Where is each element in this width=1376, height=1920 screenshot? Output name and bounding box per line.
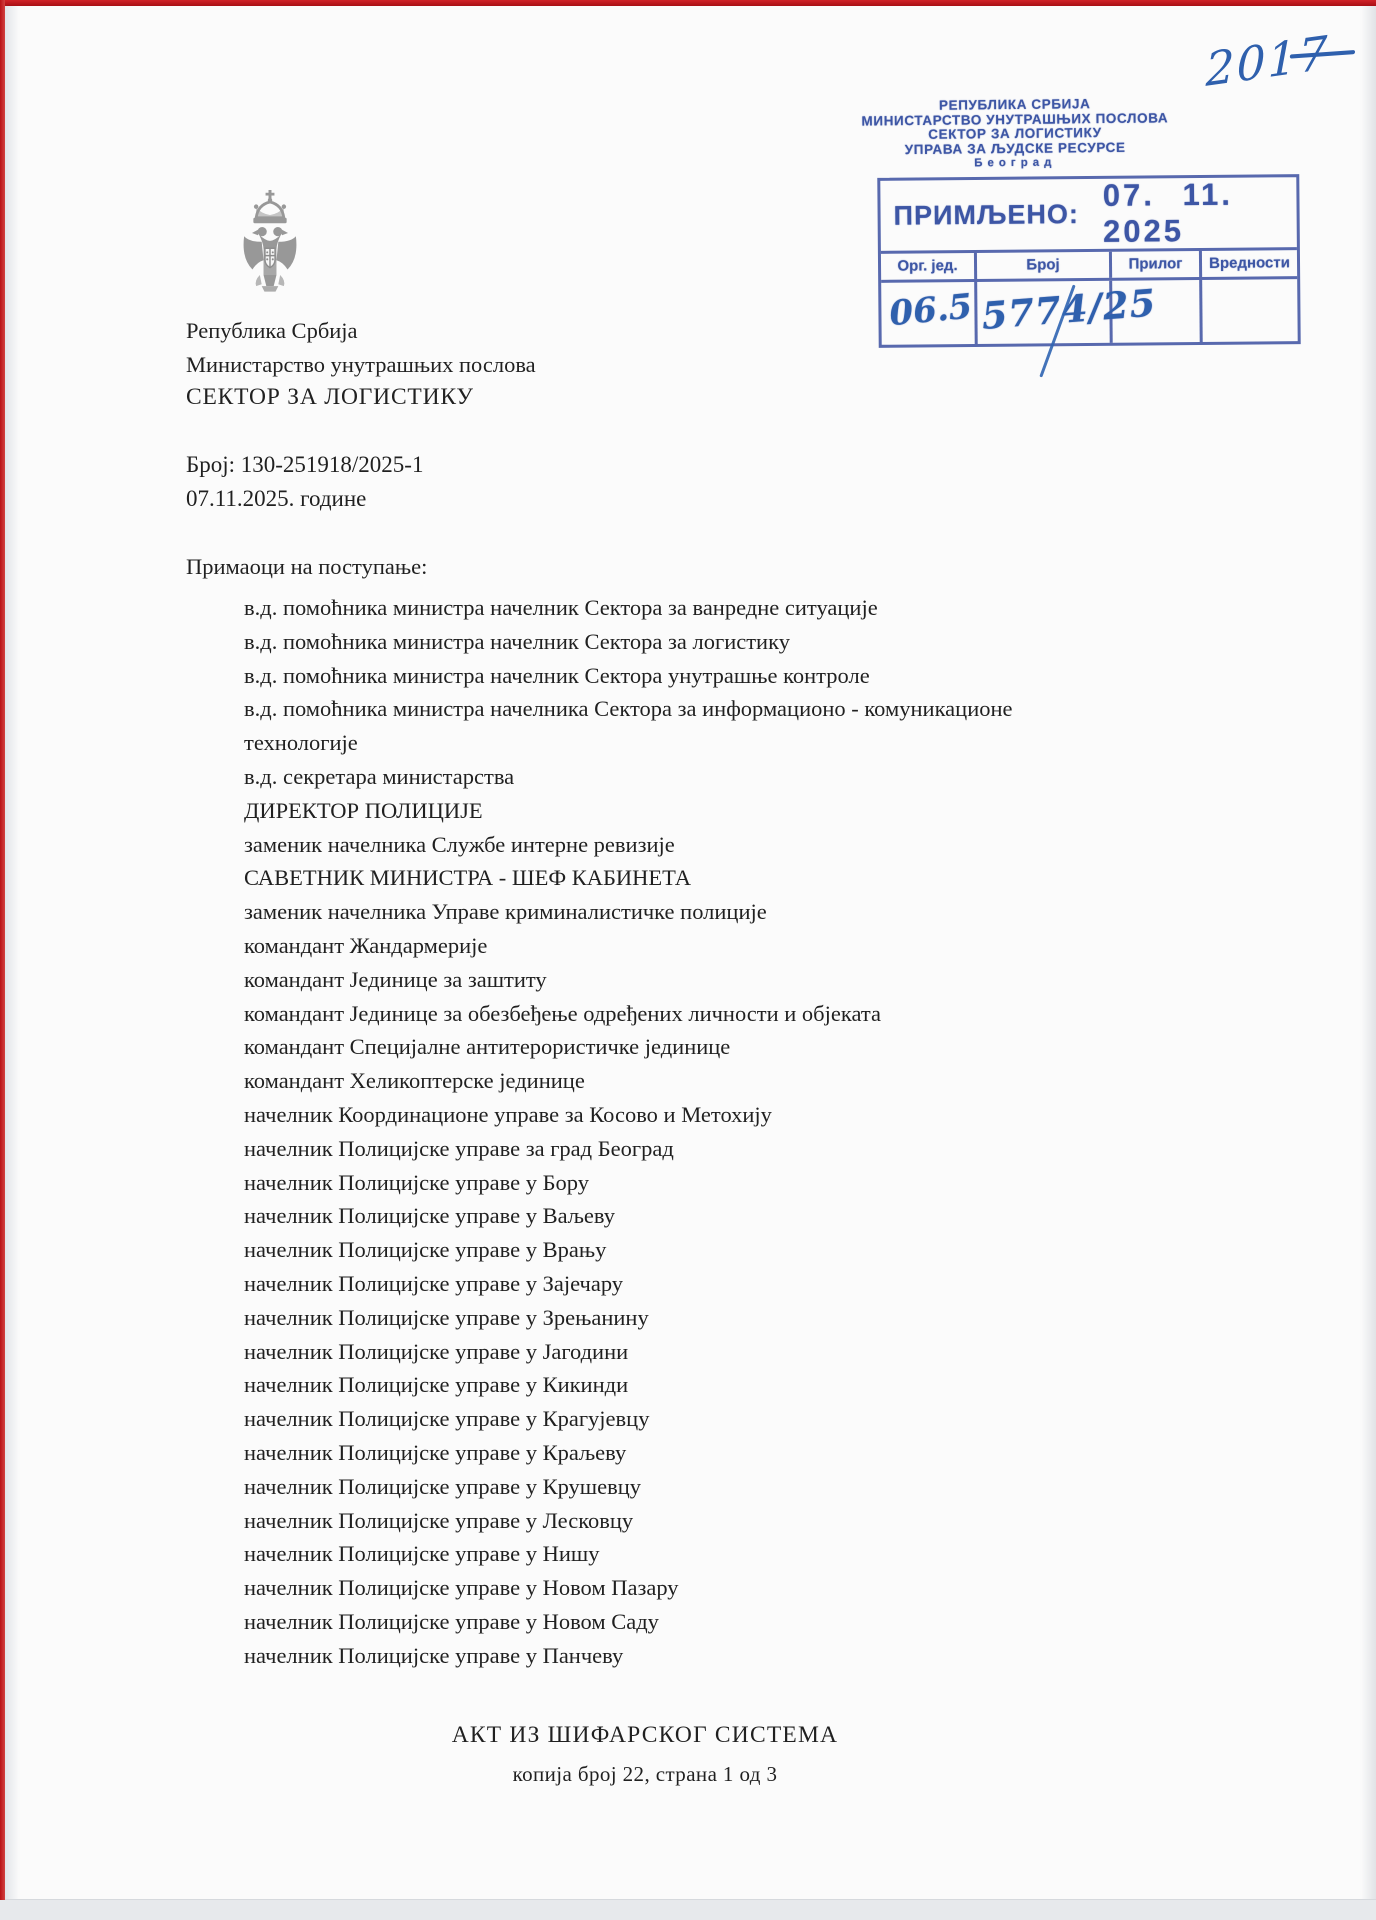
- scan-border-top: [0, 0, 1376, 6]
- document-footer: АКТ ИЗ ШИФАРСКОГ СИСТЕМА копија број 22,…: [245, 1722, 1045, 1787]
- recipient-line: ДИРЕКТОР ПОЛИЦИЈЕ: [244, 794, 1044, 828]
- recipient-line: начелник Полицијске управе у Панчеву: [244, 1639, 1044, 1673]
- letterhead-ministry: Министарство унутрашњих послова: [186, 352, 536, 378]
- recipient-line: начелник Полицијске управе у Кикинди: [244, 1368, 1044, 1402]
- received-label: ПРИМЉЕНО:: [893, 199, 1079, 232]
- recipient-line: начелник Полицијске управе у Новом Пазар…: [244, 1571, 1044, 1605]
- recipient-line: начелник Полицијске управе у Бору: [244, 1166, 1044, 1200]
- recipient-line: командант Хеликоптерске јединице: [244, 1064, 1044, 1098]
- scan-edge-bottom: [0, 1899, 1376, 1920]
- stamp-cell-attachment: [1112, 280, 1203, 343]
- scanned-document-page: 2017 РЕПУБЛИКА СРБИЈА МИНИСТАРСТВО УНУТР…: [0, 0, 1376, 1920]
- receipt-stamp-date-row: ПРИМЉЕНО: 07. 11. 2025: [880, 177, 1297, 254]
- scan-border-left: [0, 0, 5, 1900]
- serbia-coat-of-arms-icon: [228, 190, 312, 312]
- footer-act-line: АКТ ИЗ ШИФАРСКОГ СИСТЕМА: [245, 1722, 1045, 1749]
- stamp-cell-number: 5774/25: [977, 281, 1113, 344]
- recipient-line: начелник Полицијске управе у Краљеву: [244, 1436, 1044, 1470]
- recipient-line: в.д. помоћника министра начелника Сектор…: [244, 692, 1044, 760]
- letterhead-country: Република Србија: [186, 318, 358, 344]
- recipient-line: командант Јединице за заштиту: [244, 963, 1044, 997]
- scanned-letter-screenshot: { "annotations": { "handwritten_year": "…: [0, 0, 1376, 1920]
- recipient-line: начелник Полицијске управе у Ваљеву: [244, 1199, 1044, 1233]
- receipt-stamp-box: ПРИМЉЕНО: 07. 11. 2025 Орг. јед. Број Пр…: [877, 174, 1300, 348]
- recipient-line: в.д. помоћника министра начелник Сектора…: [244, 659, 1044, 693]
- recipient-line: командант Специјалне антитерористичке је…: [244, 1030, 1044, 1064]
- recipients-heading: Примаоци на поступање:: [186, 554, 427, 580]
- recipient-line: заменик начелника Службе интерне ревизиј…: [244, 828, 1044, 862]
- recipient-line: начелник Полицијске управе у Зајечару: [244, 1267, 1044, 1301]
- stamp-header-attachment: Прилог: [1112, 251, 1202, 278]
- stamp-cell-values: [1202, 279, 1298, 342]
- letterhead-sector: СЕКТОР ЗА ЛОГИСТИКУ: [186, 384, 474, 411]
- recipient-line: САВЕТНИК МИНИСТРА - ШЕФ КАБИНЕТА: [244, 861, 1044, 895]
- recipient-line: начелник Полицијске управе у Зрењанину: [244, 1301, 1044, 1335]
- recipient-line: командант Јединице за обезбеђење одређен…: [244, 997, 1044, 1031]
- scan-shadow-right: [1360, 6, 1376, 1900]
- receipt-stamp-org-block: РЕПУБЛИКА СРБИЈА МИНИСТАРСТВО УНУТРАШЊИХ…: [785, 96, 1246, 173]
- stamp-header-org-unit: Орг. јед.: [881, 253, 977, 280]
- recipients-list: в.д. помоћника министра начелник Сектора…: [244, 591, 1044, 1673]
- handwritten-year-text: 2017: [1206, 25, 1330, 97]
- recipient-line: начелник Полицијске управе у Лесковцу: [244, 1504, 1044, 1538]
- recipient-line: начелник Полицијске управе у Врању: [244, 1233, 1044, 1267]
- recipient-line: начелник Полицијске управе у Нишу: [244, 1537, 1044, 1571]
- recipient-line: в.д. помоћника министра начелник Сектора…: [244, 591, 1044, 625]
- stamp-header-values: Вредности: [1202, 250, 1297, 277]
- document-date: 07.11.2025. године: [186, 486, 366, 512]
- stamp-cell-org-unit: 06.5: [881, 282, 978, 345]
- recipient-line: начелник Полицијске управе у Новом Саду: [244, 1605, 1044, 1639]
- received-date: 07. 11. 2025: [1103, 176, 1297, 250]
- recipient-line: командант Жандармерије: [244, 929, 1044, 963]
- recipient-line: начелник Полицијске управе за град Беогр…: [244, 1132, 1044, 1166]
- recipient-line: начелник Полицијске управе у Крушевцу: [244, 1470, 1044, 1504]
- document-number: Број: 130-251918/2025-1: [186, 452, 423, 478]
- receipt-stamp-table-values: 06.5 5774/25: [881, 279, 1298, 345]
- recipient-line: в.д. секретара министарства: [244, 760, 1044, 794]
- handwritten-org-unit: 06.5: [888, 287, 974, 335]
- recipient-line: начелник Координационе управе за Косово …: [244, 1098, 1044, 1132]
- receipt-stamp-table-header: Орг. јед. Број Прилог Вредности: [881, 250, 1297, 283]
- handwritten-year-note: 2017: [1206, 25, 1330, 97]
- recipient-line: заменик начелника Управе криминалистичке…: [244, 895, 1044, 929]
- recipient-line: начелник Полицијске управе у Јагодини: [244, 1335, 1044, 1369]
- recipient-line: начелник Полицијске управе у Крагујевцу: [244, 1402, 1044, 1436]
- scan-shadow-left: [5, 6, 20, 1900]
- recipient-line: в.д. помоћника министра начелник Сектора…: [244, 625, 1044, 659]
- stamp-header-number: Број: [977, 252, 1112, 279]
- footer-copy-line: копија број 22, страна 1 од 3: [245, 1762, 1045, 1787]
